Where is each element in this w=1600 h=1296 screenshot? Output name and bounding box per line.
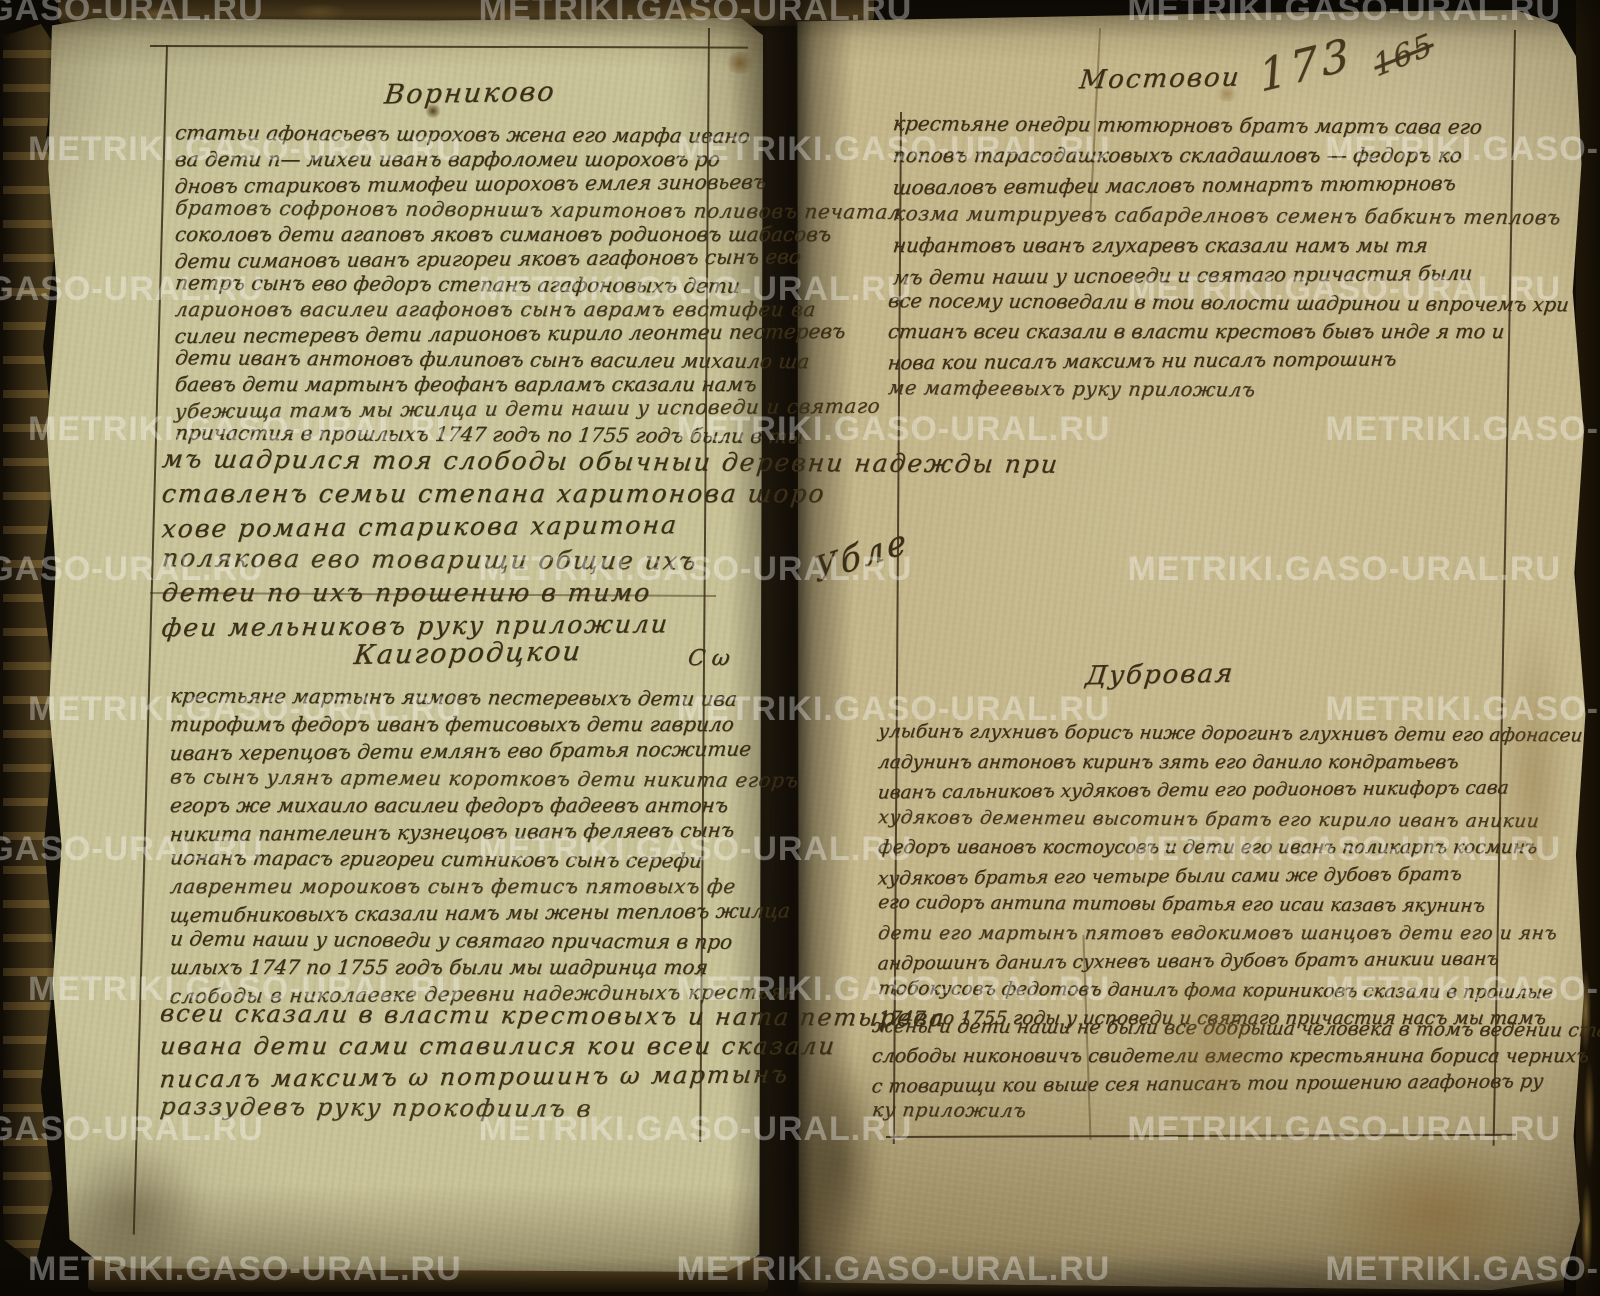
manuscript-line: все посему исповедали в тои волости шадр… (887, 286, 1504, 319)
manuscript-line: андрошинъ данилъ сухневъ иванъ дубовъ бр… (876, 946, 1506, 979)
manuscript-line: въ сынъ улянъ артемеи коротковъ дети ник… (169, 763, 720, 793)
manuscript-line: худяковъ дементеи высотинъ братъ его кир… (877, 804, 1507, 836)
manuscript-line: слободы никоновичъ свидетели вместо крес… (871, 1042, 1510, 1070)
manuscript-line: ивана дети сами ставилися кои всеи сказа… (158, 1031, 746, 1062)
manuscript-line: ставленъ семьи степана харитонова шоро (160, 477, 743, 510)
manuscript-line: тирофимъ федоръ иванъ фетисовыхъ дети га… (169, 711, 720, 738)
manuscript-line: дети иванъ антоновъ филиповъ сынъ василе… (174, 345, 721, 373)
right-section2-closing: жены и дети наши не были все добрыша чел… (872, 1014, 1508, 1126)
manuscript-line: жены и дети наши не были все добрыша чел… (871, 1012, 1510, 1044)
manuscript-line: ларионовъ василеи агафоновъ сынъ аврамъ … (174, 297, 722, 322)
manuscript-line: лаврентеи мороиковъ сынъ фетисъ пятовыхъ… (169, 873, 720, 900)
manuscript-line: с товарищи кои выше сея написанъ тои про… (870, 1068, 1509, 1101)
manuscript-line: дети симановъ иванъ григореи яковъ агафо… (174, 245, 722, 274)
right-section1-title: Мостовои (1038, 62, 1282, 96)
manuscript-line: иванъ херепцовъ дети емлянъ ево братья п… (168, 736, 719, 767)
manuscript-line: шоваловъ евтифеи масловъ помнартъ тютюрн… (891, 168, 1494, 203)
left-section2-closing: всеи сказали в власти крестовыхъ и ната … (160, 1000, 745, 1124)
manuscript-line: крестьяне мартынъ яимовъ пестеревыхъ дет… (169, 682, 720, 712)
right-section1-closing: все посему исповедали в тои волости шадр… (888, 288, 1502, 404)
manuscript-line: егоръ же михаило василеи федоръ фадеевъ … (169, 792, 720, 819)
manuscript-line: худяковъ братья его четыре были сами же … (876, 860, 1506, 893)
right-section2-paragraph: улыбинъ глухнивъ борисъ ниже дорогинъ гл… (878, 720, 1505, 1034)
manuscript-line: дети его мартынъ пятовъ евдокимовъ шанцо… (877, 920, 1507, 949)
left-section2-margin-mark: С ω (686, 646, 731, 671)
manuscript-line: статьи афонасьевъ шороховъ жена его марф… (174, 120, 721, 148)
manuscript-line: шлыхъ 1747 по 1755 годъ были мы шадринца… (169, 954, 720, 981)
right-section2-title: Дубровая (1038, 658, 1282, 692)
manuscript-line: поповъ тарасодашковыхъ складашловъ — фед… (891, 140, 1494, 170)
manuscript-line: силеи пестеревъ дети ларионовъ кирило ле… (174, 320, 722, 349)
manuscript-line: ме матфеевыхъ руку приложилъ (887, 373, 1504, 406)
manuscript-line: петръ сынъ ево федоръ степанъ агафоновых… (174, 270, 721, 298)
manuscript-line: писалъ максимъ ω потрошинъ ω мартынъ (158, 1060, 746, 1096)
manuscript-line: стианъ всеи сказали в власти крестовъ бы… (886, 317, 1503, 346)
manuscript-line: федоръ ивановъ костоусовъ и дети его ива… (877, 834, 1507, 863)
manuscript-line: щетибниковыхъ сказали намъ мы жены тепло… (168, 898, 719, 929)
manuscript-line: ва дети п— михеи иванъ варфоломеи шорохо… (174, 147, 722, 172)
manuscript-line: крестьяне онедри тютюрновъ братъ мартъ с… (892, 108, 1495, 142)
manuscript-line: убежища тамъ мы жилца и дети наши у испо… (174, 395, 722, 424)
left-section2-title: Каигородцкои (316, 635, 620, 671)
manuscript-line: мъ шадрился тоя слободы обычныи деревни … (160, 442, 743, 479)
manuscript-line: хове романа старикова харитона (160, 508, 744, 546)
manuscript-line: всеи сказали в власти крестовыхъ и ната … (158, 998, 746, 1033)
left-section1-closing: мъ шадрился тоя слободы обычныи деревни … (162, 444, 742, 642)
left-section2-paragraph: крестьяне мартынъ яимовъ пестеревыхъ дет… (170, 684, 718, 1008)
manuscript-line: детеи по ихъ прошению в тимо (160, 576, 743, 609)
manuscript-line: тобокусовъ федотовъ данилъ фома коринико… (877, 975, 1507, 1007)
manuscript-line: соколовъ дети агаповъ яковъ симановъ род… (174, 222, 722, 247)
manuscript-line: и дети наши у исповеди у святаго причаст… (169, 925, 720, 955)
manuscript-line: козма митрируевъ сабарделновъ семенъ баб… (892, 198, 1495, 232)
manuscript-line: иванъ сальниковъ худяковъ дети его родио… (876, 775, 1506, 808)
manuscript-line: раззудевъ руку прокофиилъ в (158, 1091, 746, 1126)
manuscript-line: баевъ дети мартынъ феофанъ варламъ сказа… (174, 372, 722, 397)
manuscript-line: ладунинъ антоновъ киринъ зять его данило… (877, 749, 1507, 778)
left-section1-title: Ворниково (328, 76, 612, 112)
manuscript-line: ку приложилъ (871, 1096, 1510, 1128)
manuscript-line: ионанъ тарасъ григореи ситниковъ сынъ се… (169, 844, 720, 874)
manuscript-line: никита пантелеинъ кузнецовъ иванъ феляев… (168, 817, 719, 848)
manuscript-scan: Ворниково статьи афонасьевъ шороховъ жен… (0, 0, 1600, 1296)
manuscript-line: братовъ софроновъ подворнишъ харитоновъ … (174, 195, 721, 223)
manuscript-line: полякова ево товарищи общие ихъ (160, 541, 743, 578)
book-edge-left (3, 24, 57, 1264)
manuscript-line: улыбинъ глухнивъ борисъ ниже дорогинъ гл… (877, 718, 1507, 750)
left-section1-paragraph: статьи афонасьевъ шороховъ жена его марф… (175, 122, 720, 447)
manuscript-line: нова кои писалъ максимъ ни писалъ потрош… (886, 344, 1503, 378)
manuscript-line: нифантовъ иванъ глухаревъ сказали намъ м… (891, 230, 1494, 260)
right-section1-paragraph: крестьяне онедри тютюрновъ братъ мартъ с… (893, 110, 1493, 290)
manuscript-line: его сидоръ антипа титовы братья его исаи… (877, 889, 1507, 921)
manuscript-line: дновъ стариковъ тимофеи шороховъ емлея з… (174, 170, 722, 199)
